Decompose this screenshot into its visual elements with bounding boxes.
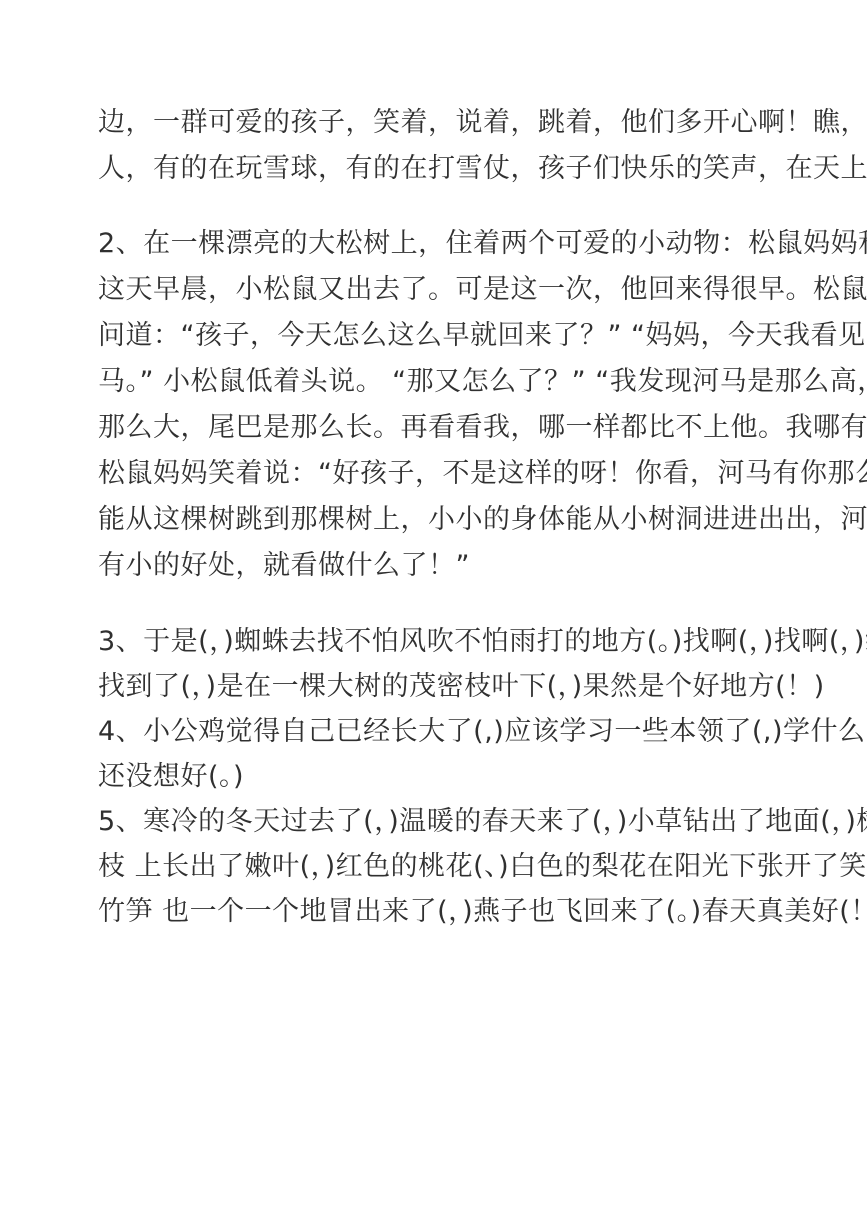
text-line: 人，有的在玩雪球，有的在打雪仗，孩子们快乐的笑声，在天上回响。 xyxy=(98,146,798,192)
text-line: 4、小公鸡觉得自己已经长大了(,)应该学习一些本领了(,)学什么呢(？) 它 xyxy=(98,709,798,754)
paragraph-1-continuation: 边，一群可爱的孩子，笑着，说着，跳着，他们多开心啊！瞧，有的在堆雪 人，有的在玩… xyxy=(98,100,798,192)
document-page: 边，一群可爱的孩子，笑着，说着，跳着，他们多开心啊！瞧，有的在堆雪 人，有的在玩… xyxy=(0,0,867,1226)
text-line: 能从这棵树跳到那棵树上，小小的身体能从小树洞进进出出，河马能吗？小 xyxy=(98,497,798,543)
text-line: 问道：“孩子，今天怎么这么早就回来了？” “妈妈，今天我看见了一头河 xyxy=(98,313,798,359)
text-line: 马。” 小松鼠低着头说。 “那又怎么了？” “我发现河马是那么高，肚子是 xyxy=(98,359,798,405)
text-line: 竹笋 也一个一个地冒出来了(，)燕子也飞回来了(。)春天真美好(！) xyxy=(98,889,798,934)
text-line: 那么大，尾巴是那么长。再看看我，哪一样都比不上他。我哪有心情去玩呀？” xyxy=(98,405,798,451)
text-line: 找到了(，)是在一棵大树的茂密枝叶下(，)果然是个好地方(！) xyxy=(98,664,798,709)
paragraph-2-squirrel-story: 2、在一棵漂亮的大松树上，住着两个可爱的小动物：松鼠妈妈和小松鼠。 这天早晨，小… xyxy=(98,221,798,589)
text-line: 有小的好处，就看做什么了！” xyxy=(98,543,798,589)
text-line: 还没想好(。) xyxy=(98,754,798,799)
text-line: 3、于是(，)蜘蛛去找不怕风吹不怕雨打的地方(。)找啊(，)找啊(，)终 于 xyxy=(98,619,798,664)
text-line: 松鼠妈妈笑着说：“好孩子，不是这样的呀！你看，河马有你那么小吗？你 xyxy=(98,451,798,497)
text-line: 边，一群可爱的孩子，笑着，说着，跳着，他们多开心啊！瞧，有的在堆雪 xyxy=(98,100,798,146)
paragraph-3-spider-punctuation: 3、于是(，)蜘蛛去找不怕风吹不怕雨打的地方(。)找啊(，)找啊(，)终 于 找… xyxy=(98,619,798,709)
text-line: 这天早晨，小松鼠又出去了。可是这一次，他回来得很早。松鼠妈妈吃惊地 xyxy=(98,267,798,313)
paragraph-5-spring-punctuation: 5、寒冷的冬天过去了(，)温暖的春天来了(，)小草钻出了地面(，)树 枝 上长出… xyxy=(98,799,798,934)
text-line: 5、寒冷的冬天过去了(，)温暖的春天来了(，)小草钻出了地面(，)树 xyxy=(98,799,798,844)
text-line: 枝 上长出了嫩叶(，)红色的桃花(、)白色的梨花在阳光下张开了笑脸(,) xyxy=(98,844,798,889)
paragraph-4-rooster-punctuation: 4、小公鸡觉得自己已经长大了(,)应该学习一些本领了(,)学什么呢(？) 它 还… xyxy=(98,709,798,799)
text-line: 2、在一棵漂亮的大松树上，住着两个可爱的小动物：松鼠妈妈和小松鼠。 xyxy=(98,221,798,267)
